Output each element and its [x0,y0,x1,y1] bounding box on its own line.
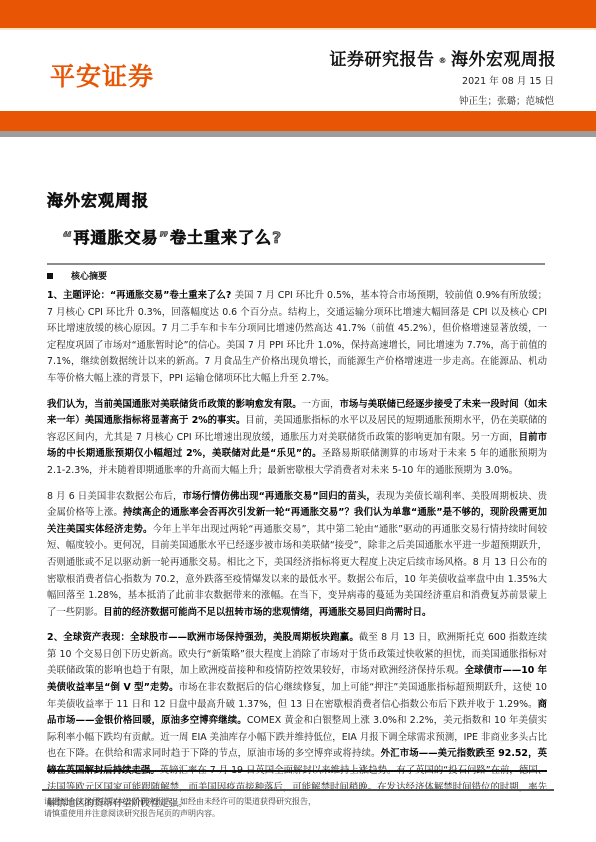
footer-line-1: 请通过合法途径获取本公司研究报告，如经由未经许可的渠道获得研究报告， [44,796,316,808]
report-date: 2021 年 08 月 15 日 [462,73,554,87]
emphasis-text: 2、全球资产表现：全球股市——欧洲市场保持强劲，美股周期板块跑赢。 [47,632,359,643]
header-orange-band [0,111,596,131]
body-text: 一方面， [302,399,340,410]
report-type-label: 证券研究报告 [330,50,435,70]
content-end-divider [47,770,547,772]
emphasis-text: 市场行情仿佛出现“再通胀交易”回归的苗头， [182,491,375,502]
summary-paragraph: 我们认为，当前美国通胀对美联储货币政策的影响愈发有限。一方面，市场与美联储已经逐… [47,397,547,480]
section-heading: 核心摘要 [47,269,107,282]
title-divider [47,263,545,265]
top-bar-divider [0,28,596,30]
body-text: 今年上半年出现过两轮“再通胀交易”，其中第二轮由“通胀”驱动的再通胀交易行情持续… [47,524,547,618]
registered-mark-icon: ® [439,56,448,65]
summary-paragraph: 1、主题评论：“再通胀交易”卷土重来了么? 美国 7 月 CPI 环比升 0.5… [47,288,547,388]
report-header-title: 证券研究报告®海外宏观周报 [330,45,557,70]
square-bullet-icon [47,273,53,279]
summary-paragraph: 8 月 6 日美国非农数据公布后，市场行情仿佛出现“再通胀交易”回归的苗头，表现… [47,489,547,622]
body-text: 8 月 6 日美国非农数据公布后， [47,491,182,502]
top-brand-bar [0,0,596,28]
emphasis-text: 目前的经济数据可能尚不足以扭转市场的悲观情绪，再通胀交易回归尚需时日。 [103,607,431,618]
body-text: 美国 7 月 CPI 环比升 0.5%，基本符合市场预期，较前值 0.9%有所放… [47,290,547,384]
footer-divider [42,789,554,791]
footer-line-2: 请慎重使用并注意阅读研究报告尾页的声明内容。 [44,808,316,820]
company-logo: 平安证券 [50,57,154,93]
report-subtitle: “再通胀交易”卷土重来了么? [62,225,282,248]
section-heading-label: 核心摘要 [71,272,107,282]
footer-disclaimer: 请通过合法途径获取本公司研究报告，如经由未经许可的渠道获得研究报告， 请慎重使用… [44,796,316,820]
summary-body: 1、主题评论：“再通胀交易”卷土重来了么? 美国 7 月 CPI 环比升 0.5… [47,288,547,822]
report-authors: 钟正生；张璐；范城恺 [459,93,554,107]
header-band-shadow [0,131,596,137]
summary-paragraph: 2、全球资产表现：全球股市——欧洲市场保持强劲，美股周期板块跑赢。截至 8 月 … [47,630,547,813]
report-series-label: 海外宏观周报 [451,50,556,70]
report-title: 海外宏观周报 [47,188,149,211]
emphasis-text: 1、主题评论：“再通胀交易”卷土重来了么? [47,290,235,301]
emphasis-text: 我们认为，当前美国通胀对美联储货币政策的影响愈发有限。 [47,399,302,410]
